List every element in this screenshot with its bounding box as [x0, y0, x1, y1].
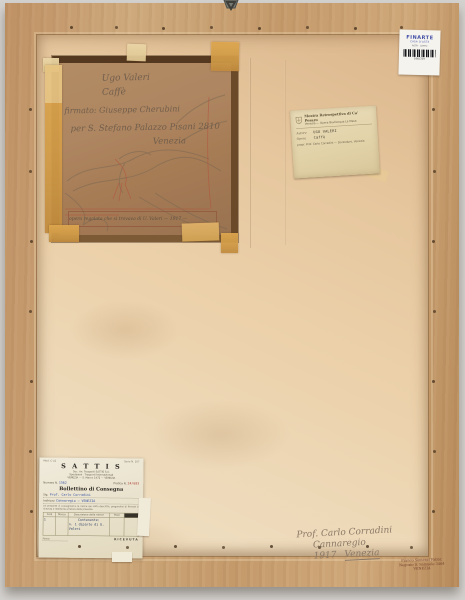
owner-value: Prof. Carlo Corradini — Dorsoduro, Venez… [306, 140, 365, 147]
signature-label: Firma [43, 537, 68, 541]
cell-descrizione: Contenente: n. 1 dipinto di U. Valeri [68, 517, 110, 536]
form-series: Serie N. 107 [124, 460, 139, 463]
paper-tab [112, 552, 132, 562]
tape-left-edge [45, 65, 62, 233]
framer-stamp: Franco Semenzi Fabbr. Negozio S. Samuele… [398, 557, 447, 583]
tape-bottom-left [49, 225, 79, 242]
auction-sticker: FINARTE CASA D'ASTE ASTA · LOTTO 1065319 [398, 29, 440, 75]
delivery-meta: Numero N. 1562 Pratica N. 24/683 [43, 480, 139, 485]
author-value: UGO VALERI [313, 129, 337, 134]
form-model: Mod. C-41 [43, 460, 56, 463]
crest-icon [295, 116, 302, 124]
goods-row: 1 Contenente: n. 1 dipinto di U. Valeri [43, 517, 139, 536]
cell-marca [55, 517, 68, 536]
goods-table: Colli Marca Descrizione della merce Peso… [43, 512, 139, 537]
barcode [403, 49, 435, 57]
barcode-number: 1065319 [399, 57, 440, 61]
tape-tab-top [127, 44, 147, 62]
goods-line2: n. 1 dipinto di U. Valeri [69, 522, 109, 531]
paper-tab [137, 498, 151, 537]
cell-colli: 1 [43, 517, 56, 536]
photo-artwork-back: Ugo Valeri Caffè firmato: Giuseppe Cheru… [0, 0, 465, 600]
backing-crease [284, 60, 286, 245]
hanging-ring-icon [216, 0, 246, 18]
address-value: Cannaregio — VENEZIA [56, 499, 95, 503]
work-label: Opera [297, 136, 314, 141]
address-line: Indirizzo Cannaregio — VENEZIA [43, 498, 139, 504]
number-value: 1562 [59, 481, 67, 485]
owner-line: propr. Prof. Carlo Corradini — Dorsoduro… [297, 139, 373, 147]
pencil-inscription: Prof. Carlo Corradini Cannaregio 1917Ven… [296, 524, 428, 564]
delivery-note-paragraph: col presente vi consegniamo la merce qui… [43, 505, 139, 512]
work-value: Caffè [314, 135, 326, 140]
window-border [52, 56, 238, 242]
framer-city: VENEZIA [398, 566, 446, 572]
author-label: Autore [296, 131, 313, 136]
auction-lot-line: ASTA · LOTTO [399, 44, 440, 48]
frame-nails [0, 0, 3, 3]
delivery-note-footer: Firma RICEVUTA [43, 537, 139, 542]
recipient-line: Sig. Prof. Carlo Corradini [43, 492, 139, 498]
recipient-label: Sig. [43, 493, 48, 496]
backing-crease [249, 58, 251, 248]
delivery-note-label: Mod. C-41 Serie N. 107 S A T T I S Soc. … [38, 457, 143, 558]
exhibition-label: Mostra Retrospettiva di Ca' Pesaro Venez… [290, 105, 380, 178]
inscription-city: Venezia [344, 548, 380, 561]
shipper-sub3: VENEZIA — S. Marco 1472 — VENEZIA [43, 476, 139, 480]
artwork-back-window: Ugo Valeri Caffè firmato: Giuseppe Cheru… [52, 56, 238, 242]
stain [150, 400, 290, 470]
file-label: Pratica N. [113, 482, 126, 485]
number-label: Numero N. [43, 481, 58, 484]
address-label: Indirizzo [43, 499, 55, 502]
cell-peso [109, 517, 124, 536]
tape-top-right [211, 42, 240, 71]
receipt-label: RICEVUTA [114, 538, 139, 542]
stain [70, 300, 180, 360]
tape-bottom-right [182, 222, 220, 241]
owner-label: propr. [297, 143, 305, 146]
tape-tab-bottom [221, 233, 238, 253]
file-value: 24/683 [127, 481, 139, 485]
delivery-note-title: Bollettino di Consegna [43, 486, 139, 493]
tape-light-patch [45, 65, 62, 103]
auction-sub-line: CASA D'ASTE [399, 40, 440, 44]
recipient-value: Prof. Carlo Corradini [50, 493, 91, 497]
